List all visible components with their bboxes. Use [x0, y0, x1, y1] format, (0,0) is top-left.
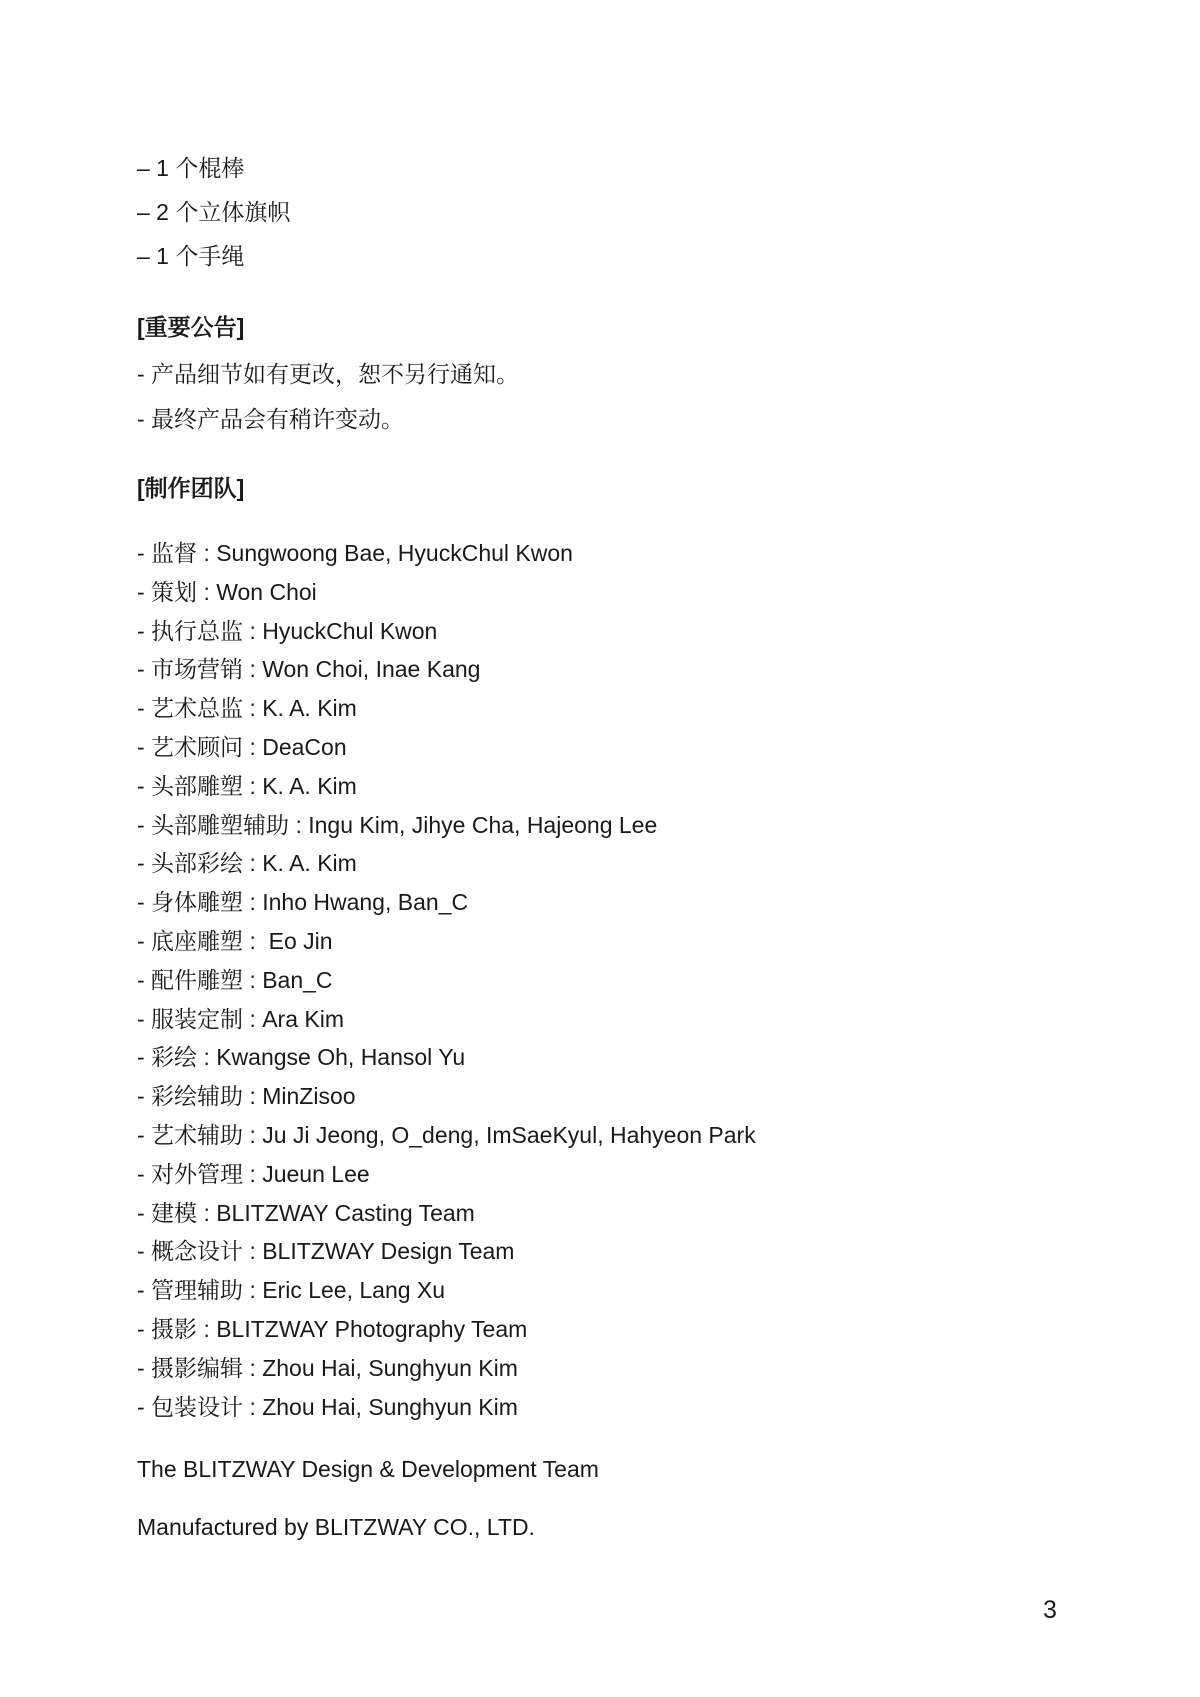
- credits-list: - 监督 : Sungwoong Bae, HyuckChul Kwon - 策…: [137, 534, 756, 1426]
- credit-item: - 底座雕塑 : Eo Jin: [137, 922, 756, 961]
- notice-list: - 产品细节如有更改，恕不另行通知。 - 最终产品会有稍许变动。: [137, 352, 519, 442]
- credit-item: - 监督 : Sungwoong Bae, HyuckChul Kwon: [137, 534, 756, 573]
- credit-item: - 艺术顾问 : DeaCon: [137, 728, 756, 767]
- notice-item: - 产品细节如有更改，恕不另行通知。: [137, 352, 519, 397]
- credit-item: - 艺术总监 : K. A. Kim: [137, 689, 756, 728]
- accessory-item: – 1 个棍棒: [137, 146, 290, 190]
- credit-item: - 头部彩绘 : K. A. Kim: [137, 844, 756, 883]
- credit-item: - 服装定制 : Ara Kim: [137, 1000, 756, 1039]
- credit-item: - 市场营销 : Won Choi, Inae Kang: [137, 650, 756, 689]
- credit-item: - 对外管理 : Jueun Lee: [137, 1155, 756, 1194]
- accessory-list: – 1 个棍棒 – 2 个立体旗帜 – 1 个手绳: [137, 146, 290, 278]
- notice-heading: [重要公告]: [137, 311, 244, 343]
- document-page: – 1 个棍棒 – 2 个立体旗帜 – 1 个手绳 [重要公告] - 产品细节如…: [0, 0, 1200, 1697]
- credit-item: - 管理辅助 : Eric Lee, Lang Xu: [137, 1271, 756, 1310]
- credit-item: - 执行总监 : HyuckChul Kwon: [137, 612, 756, 651]
- credit-item: - 包装设计 : Zhou Hai, Sunghyun Kim: [137, 1388, 756, 1427]
- credit-item: - 摄影 : BLITZWAY Photography Team: [137, 1310, 756, 1349]
- credit-item: - 彩绘 : Kwangse Oh, Hansol Yu: [137, 1038, 756, 1077]
- page-number: 3: [1020, 1596, 1080, 1624]
- credits-heading: [制作团队]: [137, 472, 244, 504]
- notice-item: - 最终产品会有稍许变动。: [137, 397, 519, 442]
- team-credit-line: The BLITZWAY Design & Development Team: [137, 1454, 599, 1484]
- credit-item: - 摄影编辑 : Zhou Hai, Sunghyun Kim: [137, 1349, 756, 1388]
- credit-item: - 艺术辅助 : Ju Ji Jeong, O_deng, ImSaeKyul,…: [137, 1116, 756, 1155]
- credit-item: - 配件雕塑 : Ban_C: [137, 961, 756, 1000]
- credit-item: - 头部雕塑 : K. A. Kim: [137, 767, 756, 806]
- credit-item: - 建模 : BLITZWAY Casting Team: [137, 1194, 756, 1233]
- credit-item: - 头部雕塑辅助 : Ingu Kim, Jihye Cha, Hajeong …: [137, 806, 756, 845]
- credit-item: - 身体雕塑 : Inho Hwang, Ban_C: [137, 883, 756, 922]
- credit-item: - 彩绘辅助 : MinZisoo: [137, 1077, 756, 1116]
- accessory-item: – 2 个立体旗帜: [137, 190, 290, 234]
- credit-item: - 概念设计 : BLITZWAY Design Team: [137, 1232, 756, 1271]
- accessory-item: – 1 个手绳: [137, 234, 290, 278]
- credit-item: - 策划 : Won Choi: [137, 573, 756, 612]
- manufacturer-line: Manufactured by BLITZWAY CO., LTD.: [137, 1512, 535, 1542]
